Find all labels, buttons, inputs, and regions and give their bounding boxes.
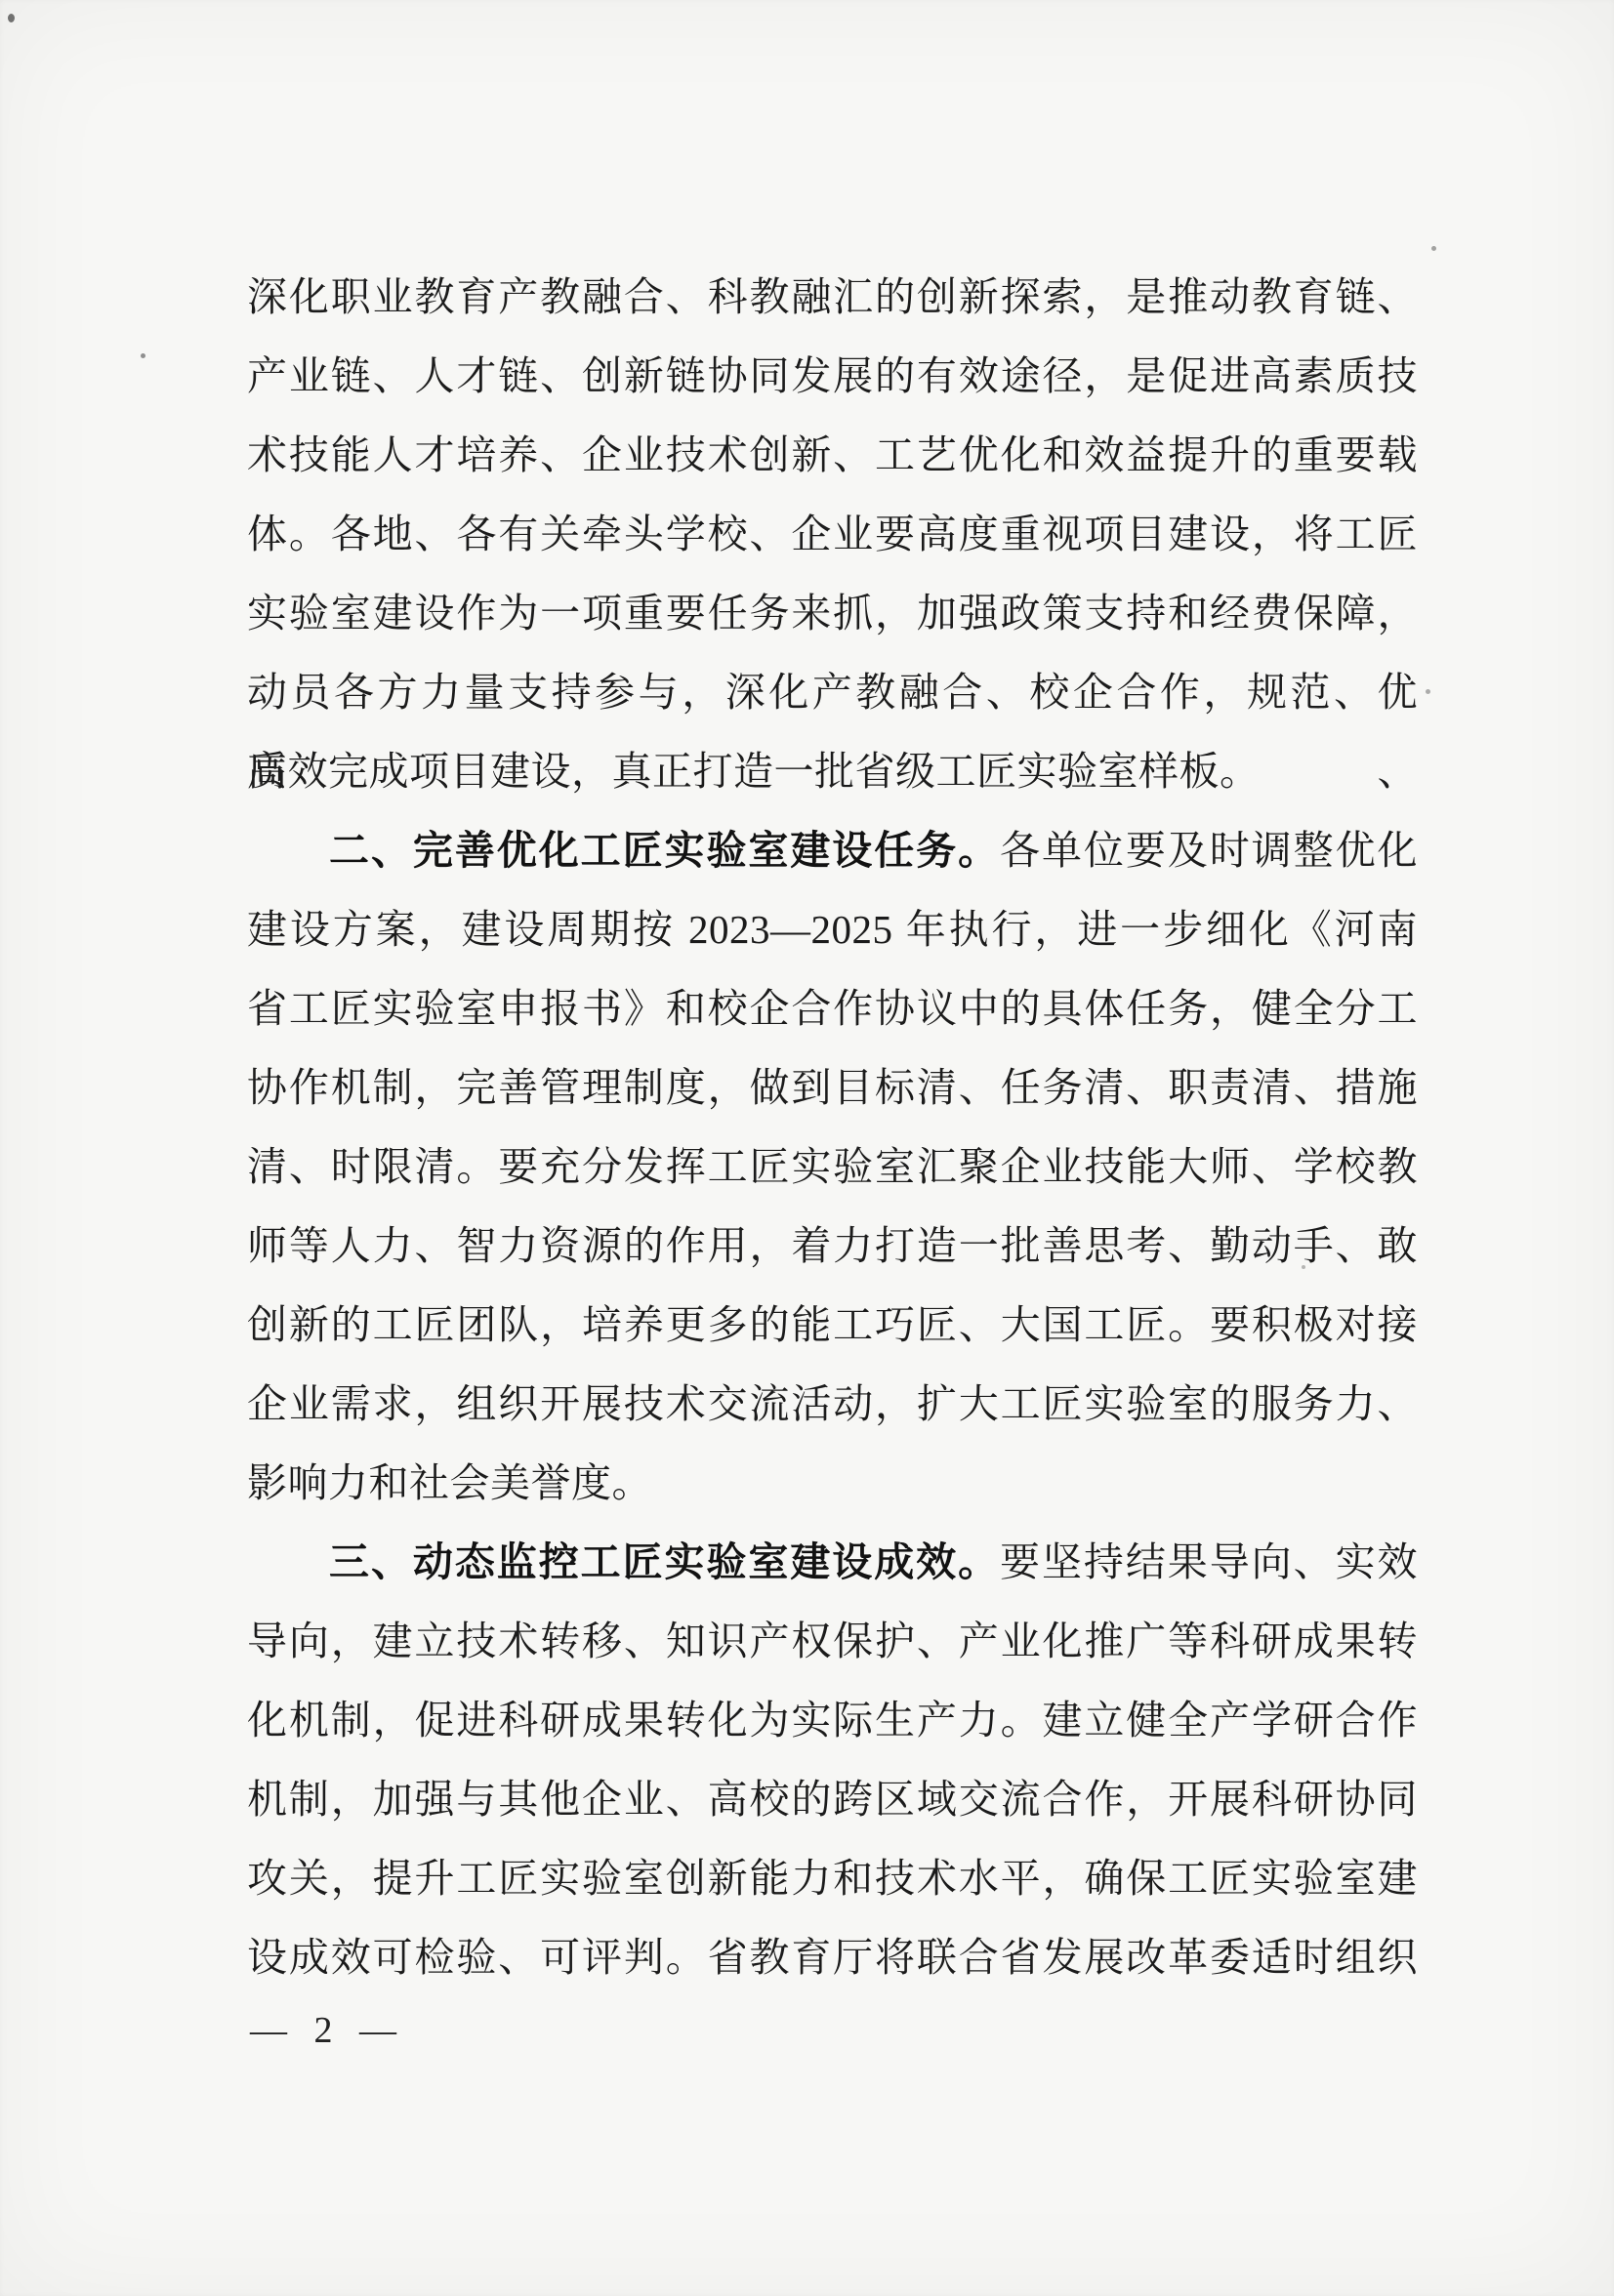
line-text: 术技能人才培养、企业技术创新、工艺优化和效益提升的重要载 (247, 432, 1418, 477)
line-text: 各单位要及时调整优化 (1000, 828, 1418, 873)
line-text: 实验室建设作为一项重要任务来抓，加强政策支持和经费保障， (247, 591, 1418, 635)
text-line: 省工匠实验室申报书》和校企合作协议中的具体任务，健全分工 (247, 969, 1418, 1048)
line-text: 设成效可检验、可评判。省教育厅将联合省发展改革委适时组织 (247, 1935, 1418, 1980)
text-line: 深化职业教育产教融合、科教融汇的创新探索，是推动教育链、 (247, 258, 1418, 337)
line-text: 师等人力、智力资源的作用，着力打造一批善思考、勤动手、敢 (247, 1223, 1418, 1268)
section-heading: 三、动态监控工匠实验室建设成效。 (329, 1539, 1000, 1584)
line-text: 要坚持结果导向、实效 (1000, 1539, 1418, 1584)
line-text: 高效完成项目建设，真正打造一批省级工匠实验室样板。 (247, 749, 1261, 794)
line-text: 清、时限清。要充分发挥工匠实验室汇聚企业技能大师、学校教 (247, 1144, 1418, 1189)
text-line: 师等人力、智力资源的作用，着力打造一批善思考、勤动手、敢 (247, 1207, 1418, 1286)
scan-speck (1426, 689, 1430, 694)
document-page: 深化职业教育产教融合、科教融汇的创新探索，是推动教育链、 产业链、人才链、创新链… (0, 0, 1614, 2296)
text-line: 清、时限清。要充分发挥工匠实验室汇聚企业技能大师、学校教 (247, 1127, 1418, 1207)
text-line: 产业链、人才链、创新链协同发展的有效途径，是促进高素质技 (247, 337, 1418, 416)
text-line: 影响力和社会美誉度。 (247, 1444, 1418, 1523)
text-line: 攻关，提升工匠实验室创新能力和技术水平，确保工匠实验室建 (247, 1839, 1418, 1918)
text-line: 导向，建立技术转移、知识产权保护、产业化推广等科研成果转 (247, 1602, 1418, 1681)
section-heading: 二、完善优化工匠实验室建设任务。 (329, 828, 1000, 873)
line-text: 创新的工匠团队，培养更多的能工巧匠、大国工匠。要积极对接 (247, 1302, 1418, 1347)
line-text: 深化职业教育产教融合、科教融汇的创新探索，是推动教育链、 (247, 274, 1418, 319)
text-line: 协作机制，完善管理制度，做到目标清、任务清、职责清、措施 (247, 1048, 1418, 1127)
text-line: 设成效可检验、可评判。省教育厅将联合省发展改革委适时组织 (247, 1918, 1418, 1997)
scan-speck (1431, 246, 1436, 251)
text-line: 术技能人才培养、企业技术创新、工艺优化和效益提升的重要载 (247, 416, 1418, 495)
text-line: 机制，加强与其他企业、高校的跨区域交流合作，开展科研协同 (247, 1760, 1418, 1839)
text-line: 高效完成项目建设，真正打造一批省级工匠实验室样板。 (247, 732, 1418, 811)
text-line: 化机制，促进科研成果转化为实际生产力。建立健全产学研合作 (247, 1681, 1418, 1760)
page-number: — 2 — (250, 2009, 405, 2052)
section-heading-line: 三、动态监控工匠实验室建设成效。要坚持结果导向、实效 (247, 1523, 1418, 1602)
section-heading-line: 二、完善优化工匠实验室建设任务。各单位要及时调整优化 (247, 811, 1418, 890)
text-line: 动员各方力量支持参与，深化产教融合、校企合作，规范、优质、 (247, 653, 1418, 732)
scan-speck (8, 14, 15, 22)
line-text: 省工匠实验室申报书》和校企合作协议中的具体任务，健全分工 (247, 986, 1418, 1031)
line-text: 产业链、人才链、创新链协同发展的有效途径，是促进高素质技 (247, 353, 1418, 398)
text-line: 创新的工匠团队，培养更多的能工巧匠、大国工匠。要积极对接 (247, 1286, 1418, 1365)
document-body: 深化职业教育产教融合、科教融汇的创新探索，是推动教育链、 产业链、人才链、创新链… (247, 258, 1418, 1997)
line-text: 协作机制，完善管理制度，做到目标清、任务清、职责清、措施 (247, 1065, 1418, 1110)
line-text: 机制，加强与其他企业、高校的跨区域交流合作，开展科研协同 (247, 1777, 1418, 1822)
text-line: 体。各地、各有关牵头学校、企业要高度重视项目建设，将工匠 (247, 495, 1418, 574)
text-line: 企业需求，组织开展技术交流活动，扩大工匠实验室的服务力、 (247, 1365, 1418, 1444)
scan-speck (141, 353, 145, 358)
line-text: 导向，建立技术转移、知识产权保护、产业化推广等科研成果转 (247, 1619, 1418, 1663)
line-text: 建设方案，建设周期按 2023—2025 年执行，进一步细化《河南 (247, 907, 1418, 952)
line-text: 体。各地、各有关牵头学校、企业要高度重视项目建设，将工匠 (247, 512, 1418, 556)
line-text: 企业需求，组织开展技术交流活动，扩大工匠实验室的服务力、 (247, 1381, 1418, 1426)
line-text: 攻关，提升工匠实验室创新能力和技术水平，确保工匠实验室建 (247, 1856, 1418, 1901)
line-text: 影响力和社会美誉度。 (247, 1460, 652, 1505)
line-text: 化机制，促进科研成果转化为实际生产力。建立健全产学研合作 (247, 1698, 1418, 1742)
text-line: 实验室建设作为一项重要任务来抓，加强政策支持和经费保障， (247, 574, 1418, 653)
text-line: 建设方案，建设周期按 2023—2025 年执行，进一步细化《河南 (247, 890, 1418, 969)
